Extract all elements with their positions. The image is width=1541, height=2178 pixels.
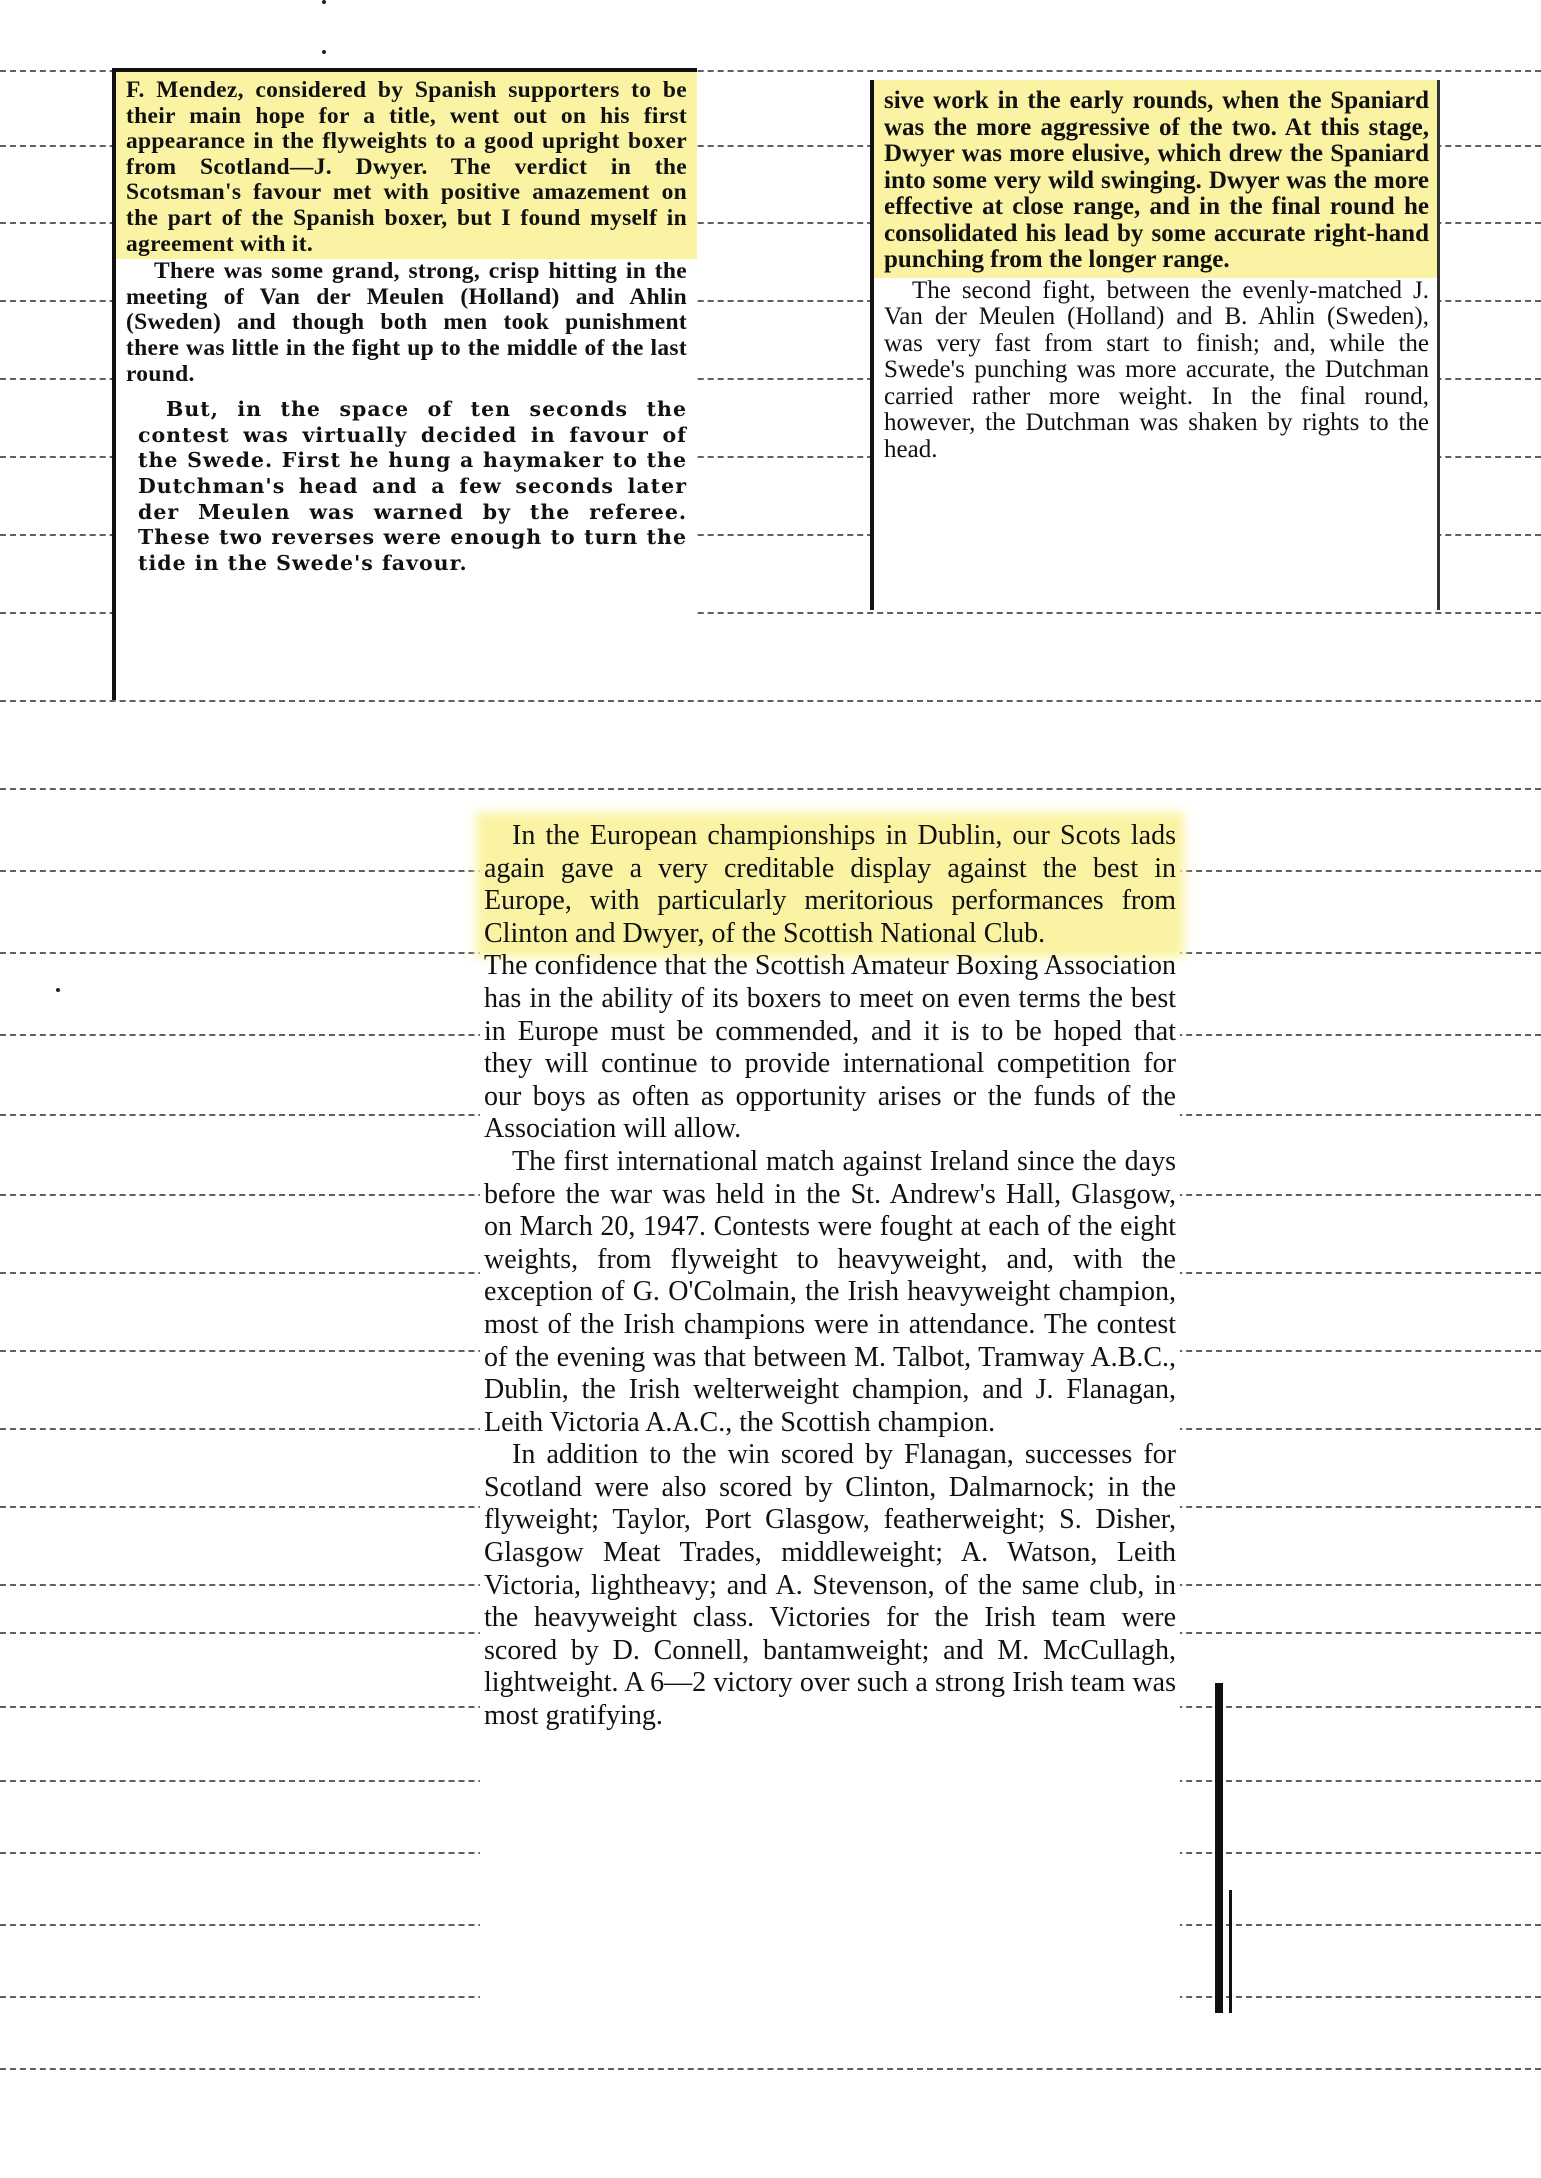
speck-mark (322, 0, 326, 4)
clipping-right-paragraph-2: The second fight, between the evenly-mat… (884, 278, 1429, 464)
clipping-left: F. Mendez, considered by Spanish support… (112, 68, 697, 700)
margin-bar (1229, 1890, 1232, 2013)
clipping-bottom-paragraph-3: The first international match against Ir… (484, 1146, 1176, 1439)
clipping-bottom-paragraph-4: In addition to the win scored by Flanaga… (484, 1439, 1176, 1732)
margin-bar (1215, 1683, 1223, 2013)
speck-mark (322, 50, 326, 54)
clipping-left-paragraph-2: There was some grand, strong, crisp hitt… (126, 259, 687, 387)
clipping-right: sive work in the early rounds, when the … (870, 80, 1440, 610)
speck-mark (56, 988, 60, 992)
clipping-right-paragraph-1: sive work in the early rounds, when the … (874, 80, 1437, 278)
clipping-bottom-paragraph-2: The confidence that the Scottish Amateur… (484, 950, 1176, 1146)
clipping-bottom-paragraph-1: In the European championships in Dublin,… (484, 820, 1176, 950)
clipping-bottom: In the European championships in Dublin,… (480, 820, 1180, 2060)
clipping-left-paragraph-3: But, in the space of ten seconds the con… (138, 397, 687, 576)
clipping-left-paragraph-1: F. Mendez, considered by Spanish support… (116, 72, 697, 259)
